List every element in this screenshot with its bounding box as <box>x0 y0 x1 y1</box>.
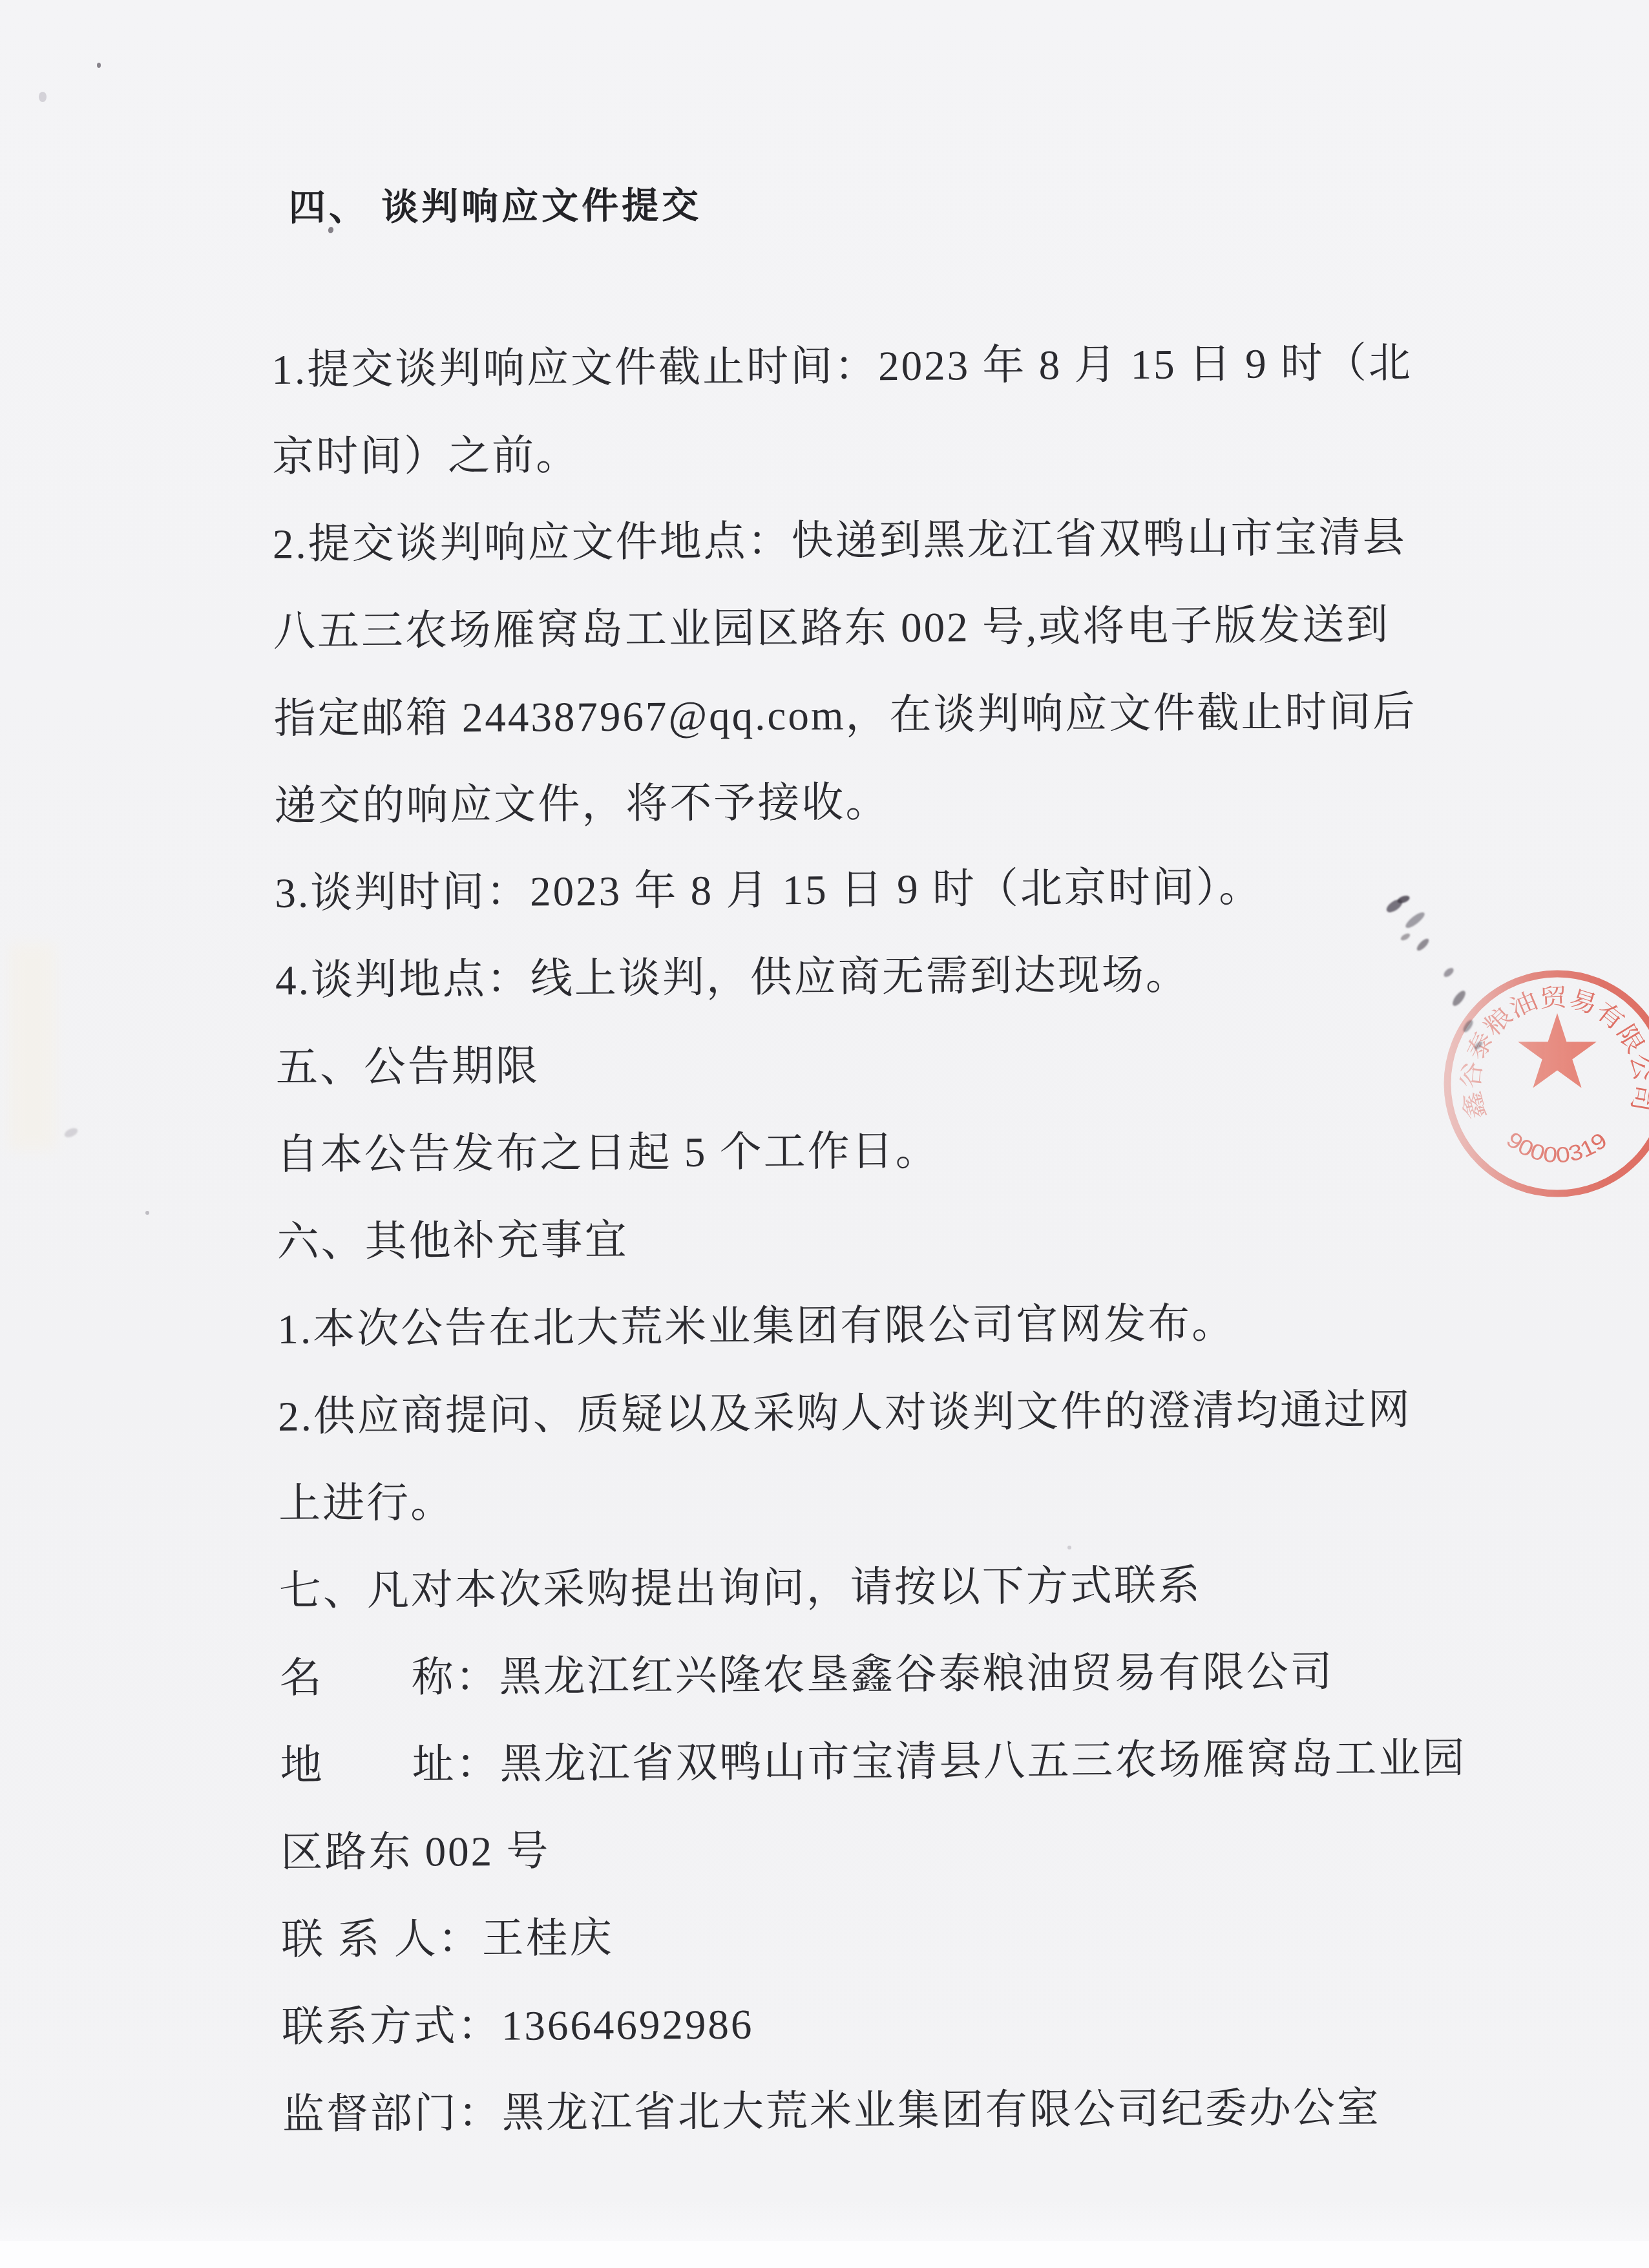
dust-specks <box>39 63 1071 1549</box>
smudge-marks <box>63 894 1484 1139</box>
scan-artifacts <box>0 0 1649 2268</box>
scanned-document-page: 四、 谈判响应文件提交 1.提交谈判响应文件截止时间：2023 年 8 月 15… <box>0 0 1649 2268</box>
